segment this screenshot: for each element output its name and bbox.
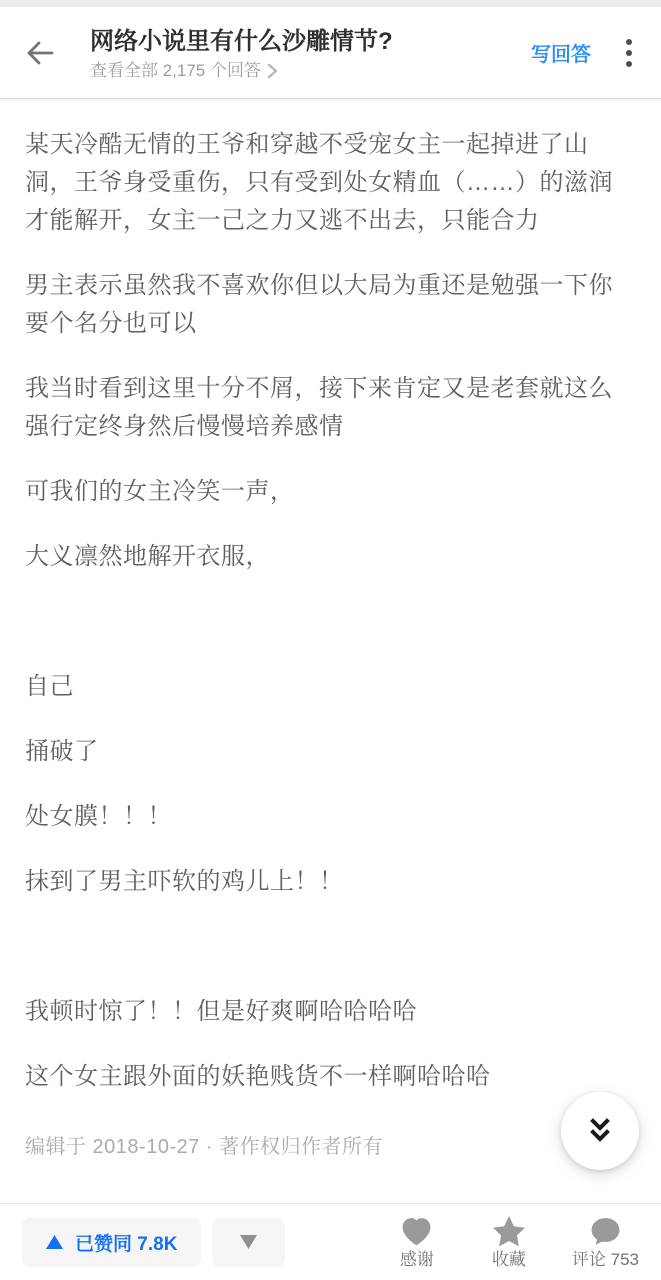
view-all-answers-label: 查看全部 2,175 个回答 (90, 61, 261, 81)
favorite-button[interactable]: 收藏 (480, 1215, 538, 1270)
double-chevron-down-icon (585, 1115, 615, 1147)
answer-paragraph: 我顿时惊了！！但是好爽啊哈哈哈哈 (25, 993, 636, 1031)
answer-paragraph: 这个女主跟外面的妖艳贱货不一样啊哈哈哈 (25, 1058, 636, 1096)
comment-bubble-icon (589, 1216, 622, 1247)
write-answer-button[interactable]: 写回答 (531, 38, 591, 67)
upvote-label: 已赞同 7.8K (75, 1229, 177, 1256)
answer-paragraph: 处女膜！！！ (25, 798, 636, 836)
comment-button[interactable]: 评论 753 (572, 1216, 639, 1270)
thank-label: 感谢 (400, 1250, 434, 1270)
star-icon (492, 1215, 526, 1247)
downvote-button[interactable] (212, 1218, 285, 1267)
answer-paragraph: 某天冷酷无情的王爷和穿越不受宠女主一起掉进了山洞，王爷身受重伤，只有受到处女精血… (25, 126, 636, 240)
answer-meta: 编辑于 2018-10-27 · 著作权归作者所有 (25, 1130, 636, 1159)
answer-paragraph: 捅破了 (25, 733, 636, 771)
more-menu-button[interactable] (617, 31, 641, 75)
thank-button[interactable]: 感谢 (388, 1216, 446, 1270)
answer-paragraphs: 某天冷酷无情的王爷和穿越不受宠女主一起掉进了山洞，王爷身受重伤，只有受到处女精血… (25, 126, 636, 1096)
secondary-actions: 感谢 收藏 评论 753 (388, 1215, 639, 1270)
answer-content: 某天冷酷无情的王爷和穿越不受宠女主一起掉进了山洞，王爷身受重伤，只有受到处女精血… (0, 126, 661, 1159)
view-all-answers-link[interactable]: 查看全部 2,175 个回答 (90, 61, 531, 81)
bottom-action-bar: 已赞同 7.8K 感谢 收藏 评论 753 (0, 1203, 661, 1280)
upvote-button[interactable]: 已赞同 7.8K (22, 1218, 201, 1267)
answer-paragraph: 可我们的女主冷笑一声， (25, 473, 636, 511)
collapse-answer-button[interactable] (561, 1092, 639, 1170)
question-header: 网络小说里有什么沙雕情节? 查看全部 2,175 个回答 写回答 (0, 7, 661, 99)
question-title[interactable]: 网络小说里有什么沙雕情节? (90, 27, 531, 57)
answer-paragraph: 我当时看到这里十分不屑，接下来肯定又是老套就这么强行定终身然后慢慢培养感情 (25, 370, 636, 446)
status-bar-strip (0, 0, 661, 7)
answer-paragraph: 大义凛然地解开衣服， (25, 538, 636, 576)
heart-icon (400, 1216, 433, 1247)
back-button[interactable] (18, 31, 62, 75)
answer-paragraph: 自己 (25, 668, 636, 706)
answer-paragraph (25, 928, 636, 966)
kebab-menu-icon (626, 39, 632, 67)
comment-label: 评论 753 (572, 1250, 639, 1270)
triangle-down-icon (240, 1235, 257, 1249)
question-title-block: 网络小说里有什么沙雕情节? 查看全部 2,175 个回答 (90, 25, 531, 81)
answer-paragraph: 男主表示虽然我不喜欢你但以大局为重还是勉强一下你要个名分也可以 (25, 267, 636, 343)
triangle-up-icon (46, 1235, 63, 1249)
zhihu-answer-screen: 网络小说里有什么沙雕情节? 查看全部 2,175 个回答 写回答 某天冷酷无情的… (0, 0, 661, 1280)
favorite-label: 收藏 (492, 1250, 526, 1270)
answer-paragraph: 抹到了男主吓软的鸡儿上！！ (25, 863, 636, 901)
chevron-right-icon (267, 63, 278, 79)
answer-paragraph (25, 603, 636, 641)
back-arrow-icon (25, 38, 55, 68)
